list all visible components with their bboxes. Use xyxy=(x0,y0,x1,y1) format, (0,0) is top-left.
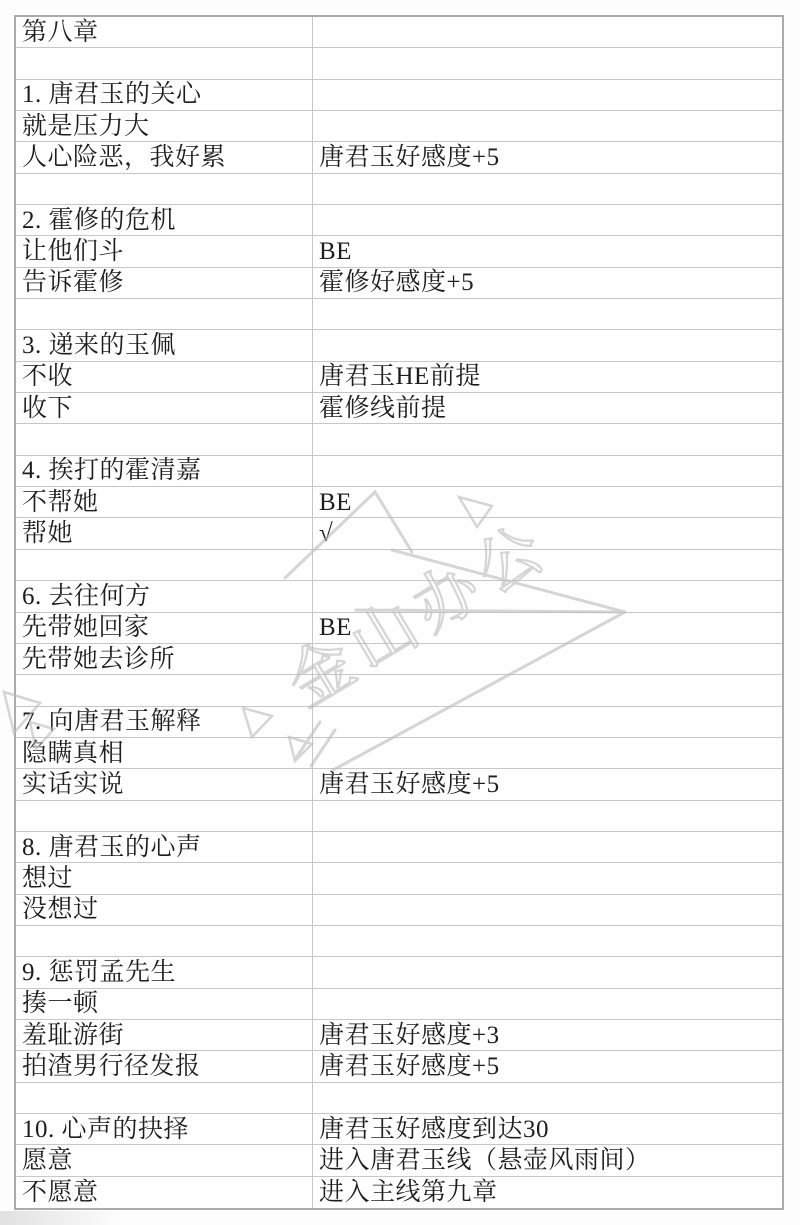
table-row: 8. 唐君玉的心声 xyxy=(16,832,782,863)
choice-cell xyxy=(16,926,313,956)
choice-cell: 告诉霍修 xyxy=(16,268,313,298)
choice-cell: 2. 霍修的危机 xyxy=(16,205,313,235)
table-row: 10. 心声的抉择唐君玉好感度到达30 xyxy=(16,1114,782,1145)
table-row: 收下霍修线前提 xyxy=(16,393,782,424)
choice-cell: 先带她去诊所 xyxy=(16,644,313,674)
result-cell xyxy=(313,957,782,987)
result-cell: 唐君玉好感度到达30 xyxy=(313,1114,782,1144)
table-row xyxy=(16,174,782,205)
table-row: 7. 向唐君玉解释 xyxy=(16,707,782,738)
document-page: 第八章1. 唐君玉的关心就是压力大人心险恶，我好累唐君玉好感度+52. 霍修的危… xyxy=(0,0,800,1225)
result-cell xyxy=(313,707,782,737)
result-cell xyxy=(313,801,782,831)
choice-cell xyxy=(16,801,313,831)
table-row: 先带她回家BE xyxy=(16,613,782,644)
result-cell xyxy=(313,205,782,235)
choice-cell: 不收 xyxy=(16,362,313,392)
result-cell xyxy=(313,1083,782,1113)
result-cell xyxy=(313,738,782,768)
table-row: 揍一顿 xyxy=(16,989,782,1020)
choice-cell: 实话实说 xyxy=(16,769,313,799)
table-row: 让他们斗BE xyxy=(16,236,782,267)
result-cell: BE xyxy=(313,613,782,643)
choice-cell xyxy=(16,48,313,78)
choice-cell: 3. 递来的玉佩 xyxy=(16,330,313,360)
choice-cell: 就是压力大 xyxy=(16,111,313,141)
table-row xyxy=(16,550,782,581)
result-cell xyxy=(313,17,782,47)
choice-cell: 7. 向唐君玉解释 xyxy=(16,707,313,737)
table-row: 4. 挨打的霍清嘉 xyxy=(16,456,782,487)
table-row: 告诉霍修霍修好感度+5 xyxy=(16,268,782,299)
table-row: 1. 唐君玉的关心 xyxy=(16,80,782,111)
result-cell: 唐君玉好感度+5 xyxy=(313,1051,782,1081)
table-row: 不收唐君玉HE前提 xyxy=(16,362,782,393)
result-cell xyxy=(313,675,782,705)
result-cell: 唐君玉好感度+5 xyxy=(313,769,782,799)
result-cell: 唐君玉好感度+3 xyxy=(313,1020,782,1050)
result-cell xyxy=(313,550,782,580)
choice-cell: 没想过 xyxy=(16,895,313,925)
table-row xyxy=(16,926,782,957)
result-cell xyxy=(313,48,782,78)
result-cell: BE xyxy=(313,236,782,266)
choice-cell: 先带她回家 xyxy=(16,613,313,643)
table-row: 第八章 xyxy=(16,17,782,48)
scan-smudge xyxy=(0,1211,120,1225)
result-cell xyxy=(313,895,782,925)
result-cell xyxy=(313,581,782,611)
choice-cell xyxy=(16,1083,313,1113)
choice-cell xyxy=(16,299,313,329)
result-cell xyxy=(313,299,782,329)
choice-cell xyxy=(16,550,313,580)
choice-cell xyxy=(16,675,313,705)
choice-cell: 9. 惩罚孟先生 xyxy=(16,957,313,987)
choice-cell: 想过 xyxy=(16,863,313,893)
table-row xyxy=(16,801,782,832)
table-row: 人心险恶，我好累唐君玉好感度+5 xyxy=(16,142,782,173)
result-cell: 唐君玉好感度+5 xyxy=(313,142,782,172)
result-cell xyxy=(313,644,782,674)
choice-cell: 1. 唐君玉的关心 xyxy=(16,80,313,110)
choice-cell: 10. 心声的抉择 xyxy=(16,1114,313,1144)
table-row xyxy=(16,424,782,455)
table-row xyxy=(16,299,782,330)
choices-table: 第八章1. 唐君玉的关心就是压力大人心险恶，我好累唐君玉好感度+52. 霍修的危… xyxy=(14,15,784,1210)
choice-cell: 8. 唐君玉的心声 xyxy=(16,832,313,862)
result-cell: 唐君玉HE前提 xyxy=(313,362,782,392)
result-cell xyxy=(313,926,782,956)
table-row: 实话实说唐君玉好感度+5 xyxy=(16,769,782,800)
table-row: 没想过 xyxy=(16,895,782,926)
result-cell xyxy=(313,832,782,862)
choice-cell: 羞耻游街 xyxy=(16,1020,313,1050)
table-row: 2. 霍修的危机 xyxy=(16,205,782,236)
table-row: 拍渣男行径发报唐君玉好感度+5 xyxy=(16,1051,782,1082)
choice-cell: 揍一顿 xyxy=(16,989,313,1019)
table-row: 羞耻游街唐君玉好感度+3 xyxy=(16,1020,782,1051)
result-cell: 霍修线前提 xyxy=(313,393,782,423)
result-cell xyxy=(313,456,782,486)
table-row: 愿意进入唐君玉线（悬壶风雨间） xyxy=(16,1145,782,1176)
choice-cell: 人心险恶，我好累 xyxy=(16,142,313,172)
choice-cell: 愿意 xyxy=(16,1145,313,1175)
table-row: 9. 惩罚孟先生 xyxy=(16,957,782,988)
table-row xyxy=(16,1083,782,1114)
choice-cell: 让他们斗 xyxy=(16,236,313,266)
choice-cell: 第八章 xyxy=(16,17,313,47)
choice-cell: 6. 去往何方 xyxy=(16,581,313,611)
result-cell: 进入主线第九章 xyxy=(313,1177,782,1208)
result-cell: 霍修好感度+5 xyxy=(313,268,782,298)
result-cell: √ xyxy=(313,518,782,548)
result-cell xyxy=(313,111,782,141)
choice-cell: 收下 xyxy=(16,393,313,423)
table-row: 帮她√ xyxy=(16,518,782,549)
result-cell xyxy=(313,424,782,454)
result-cell xyxy=(313,989,782,1019)
choice-cell: 隐瞒真相 xyxy=(16,738,313,768)
table-row: 就是压力大 xyxy=(16,111,782,142)
choice-cell: 不帮她 xyxy=(16,487,313,517)
choice-cell: 4. 挨打的霍清嘉 xyxy=(16,456,313,486)
table-row xyxy=(16,675,782,706)
choice-cell xyxy=(16,424,313,454)
result-cell xyxy=(313,863,782,893)
table-row: 不愿意进入主线第九章 xyxy=(16,1177,782,1208)
table-row: 3. 递来的玉佩 xyxy=(16,330,782,361)
result-cell: 进入唐君玉线（悬壶风雨间） xyxy=(313,1145,782,1175)
choice-cell xyxy=(16,174,313,204)
table-row: 先带她去诊所 xyxy=(16,644,782,675)
result-cell xyxy=(313,174,782,204)
table-row: 想过 xyxy=(16,863,782,894)
choice-cell: 帮她 xyxy=(16,518,313,548)
table-row: 6. 去往何方 xyxy=(16,581,782,612)
table-row: 隐瞒真相 xyxy=(16,738,782,769)
result-cell xyxy=(313,80,782,110)
result-cell xyxy=(313,330,782,360)
choice-cell: 拍渣男行径发报 xyxy=(16,1051,313,1081)
table-row xyxy=(16,48,782,79)
choice-cell: 不愿意 xyxy=(16,1177,313,1208)
table-row: 不帮她BE xyxy=(16,487,782,518)
result-cell: BE xyxy=(313,487,782,517)
